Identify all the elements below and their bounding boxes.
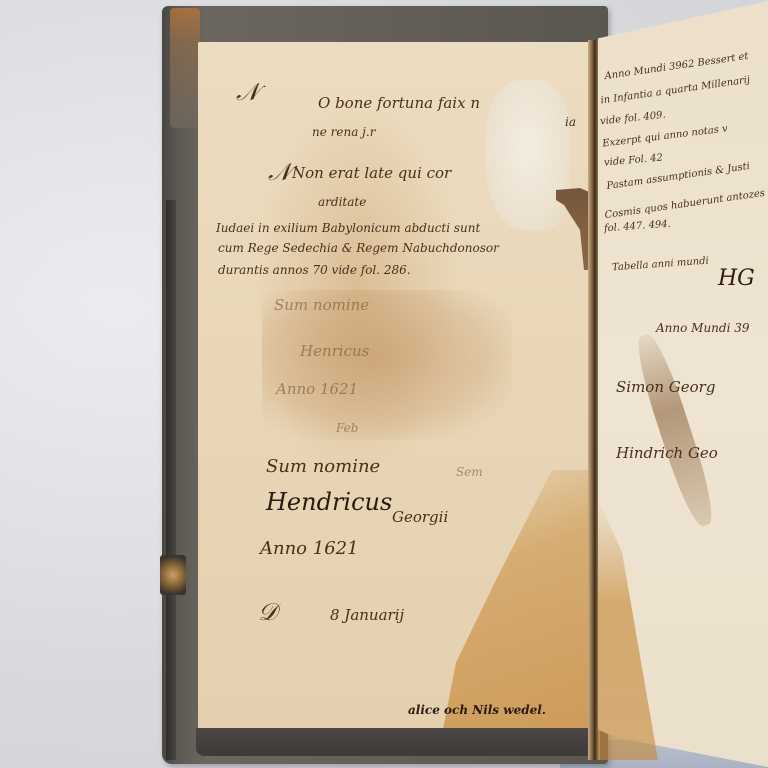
flourish-initial: 𝒩 xyxy=(236,80,259,104)
cover-edge xyxy=(166,200,176,760)
faded-inscription: Henricus xyxy=(300,344,369,359)
inscription-line: cum Rege Sedechia & Regem Nabuchdonosor xyxy=(218,242,499,254)
inscription-date: 8 Januarij xyxy=(330,608,404,623)
owner-name: Hendricus xyxy=(266,490,392,514)
flyleaf-line: Anno Mundi 39 xyxy=(656,322,750,334)
faded-inscription: Anno 1621 xyxy=(276,382,358,397)
owner-note: alice och Nils wedel. xyxy=(408,704,546,716)
flyleaf-signature: Hindrich Geo xyxy=(616,446,718,461)
cover-bottom-edge xyxy=(196,728,591,756)
inscription-line: arditate xyxy=(318,196,366,208)
inscription-line: Sem xyxy=(456,466,483,478)
flyleaf-signature: Simon Georg xyxy=(616,380,715,395)
inscription-line: Iudaei in exilium Babylonicum abducti su… xyxy=(216,222,480,234)
inscription-year: Anno 1621 xyxy=(260,540,359,558)
cover-corner-wear xyxy=(170,8,200,128)
faded-inscription: Feb xyxy=(336,422,358,434)
monogram: HG xyxy=(718,268,755,290)
inscription-line: Non erat late qui cor xyxy=(292,166,451,181)
flourish-initial: 𝒟 xyxy=(258,600,277,624)
faded-inscription: Sum nomine xyxy=(274,298,369,313)
paper-repair-patch xyxy=(485,80,570,230)
inscription-line: ne rena j.r xyxy=(312,126,375,138)
flourish-initial: 𝒩 xyxy=(268,160,291,184)
inscription-line: durantis annos 70 vide fol. 286. xyxy=(218,264,411,276)
inscription-line: ia xyxy=(565,116,576,128)
inscription-line: O bone fortuna faix n xyxy=(318,96,480,111)
inscription-line: Sum nomine xyxy=(266,458,380,476)
owner-surname: Georgii xyxy=(392,510,448,525)
clasp-remnant-icon xyxy=(160,555,186,595)
